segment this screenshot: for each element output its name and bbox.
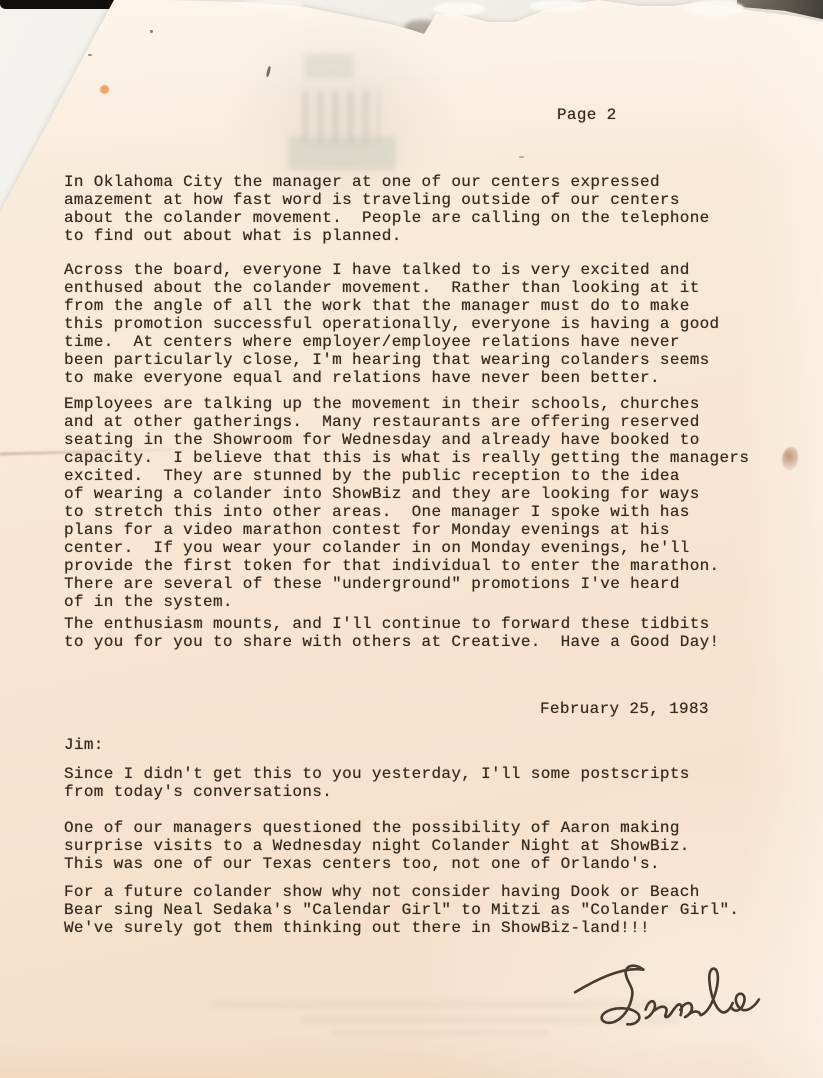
scanned-letter-page: { "doc": { "page_label": "Page 2", "para… [0,0,823,1078]
text-bleed-through [330,1030,550,1037]
paragraph-1: In Oklahoma City the manager at one of o… [64,173,710,245]
signature-stroke-renda [644,966,760,1019]
signature [569,950,773,1035]
torn-edge-highlight [433,2,485,16]
torn-edge-highlight [238,0,304,9]
date-line: February 25, 1983 [540,700,709,718]
signature-stroke-b [574,965,646,1027]
postscript-paragraph-3: For a future colander show why not consi… [64,883,739,937]
salutation: Jim: [64,736,104,754]
postscript-paragraph-2: One of our managers questioned the possi… [64,819,690,873]
paper-speck [88,54,92,56]
letterhead-bleed-through [288,48,396,170]
orange-stain [100,85,109,94]
paper-speck [519,156,524,158]
paragraph-3: Employees are talking up the movement in… [64,395,749,611]
paragraph-4: The enthusiasm mounts, and I'll continue… [64,615,719,651]
paragraph-2: Across the board, everyone I have talked… [64,261,719,387]
torn-edge-highlight [530,0,588,12]
torn-edge-highlight [686,0,744,16]
page-label: Page 2 [557,106,617,124]
postscript-paragraph-1: Since I didn't get this to you yesterday… [64,765,690,801]
paper-speck [150,30,153,33]
